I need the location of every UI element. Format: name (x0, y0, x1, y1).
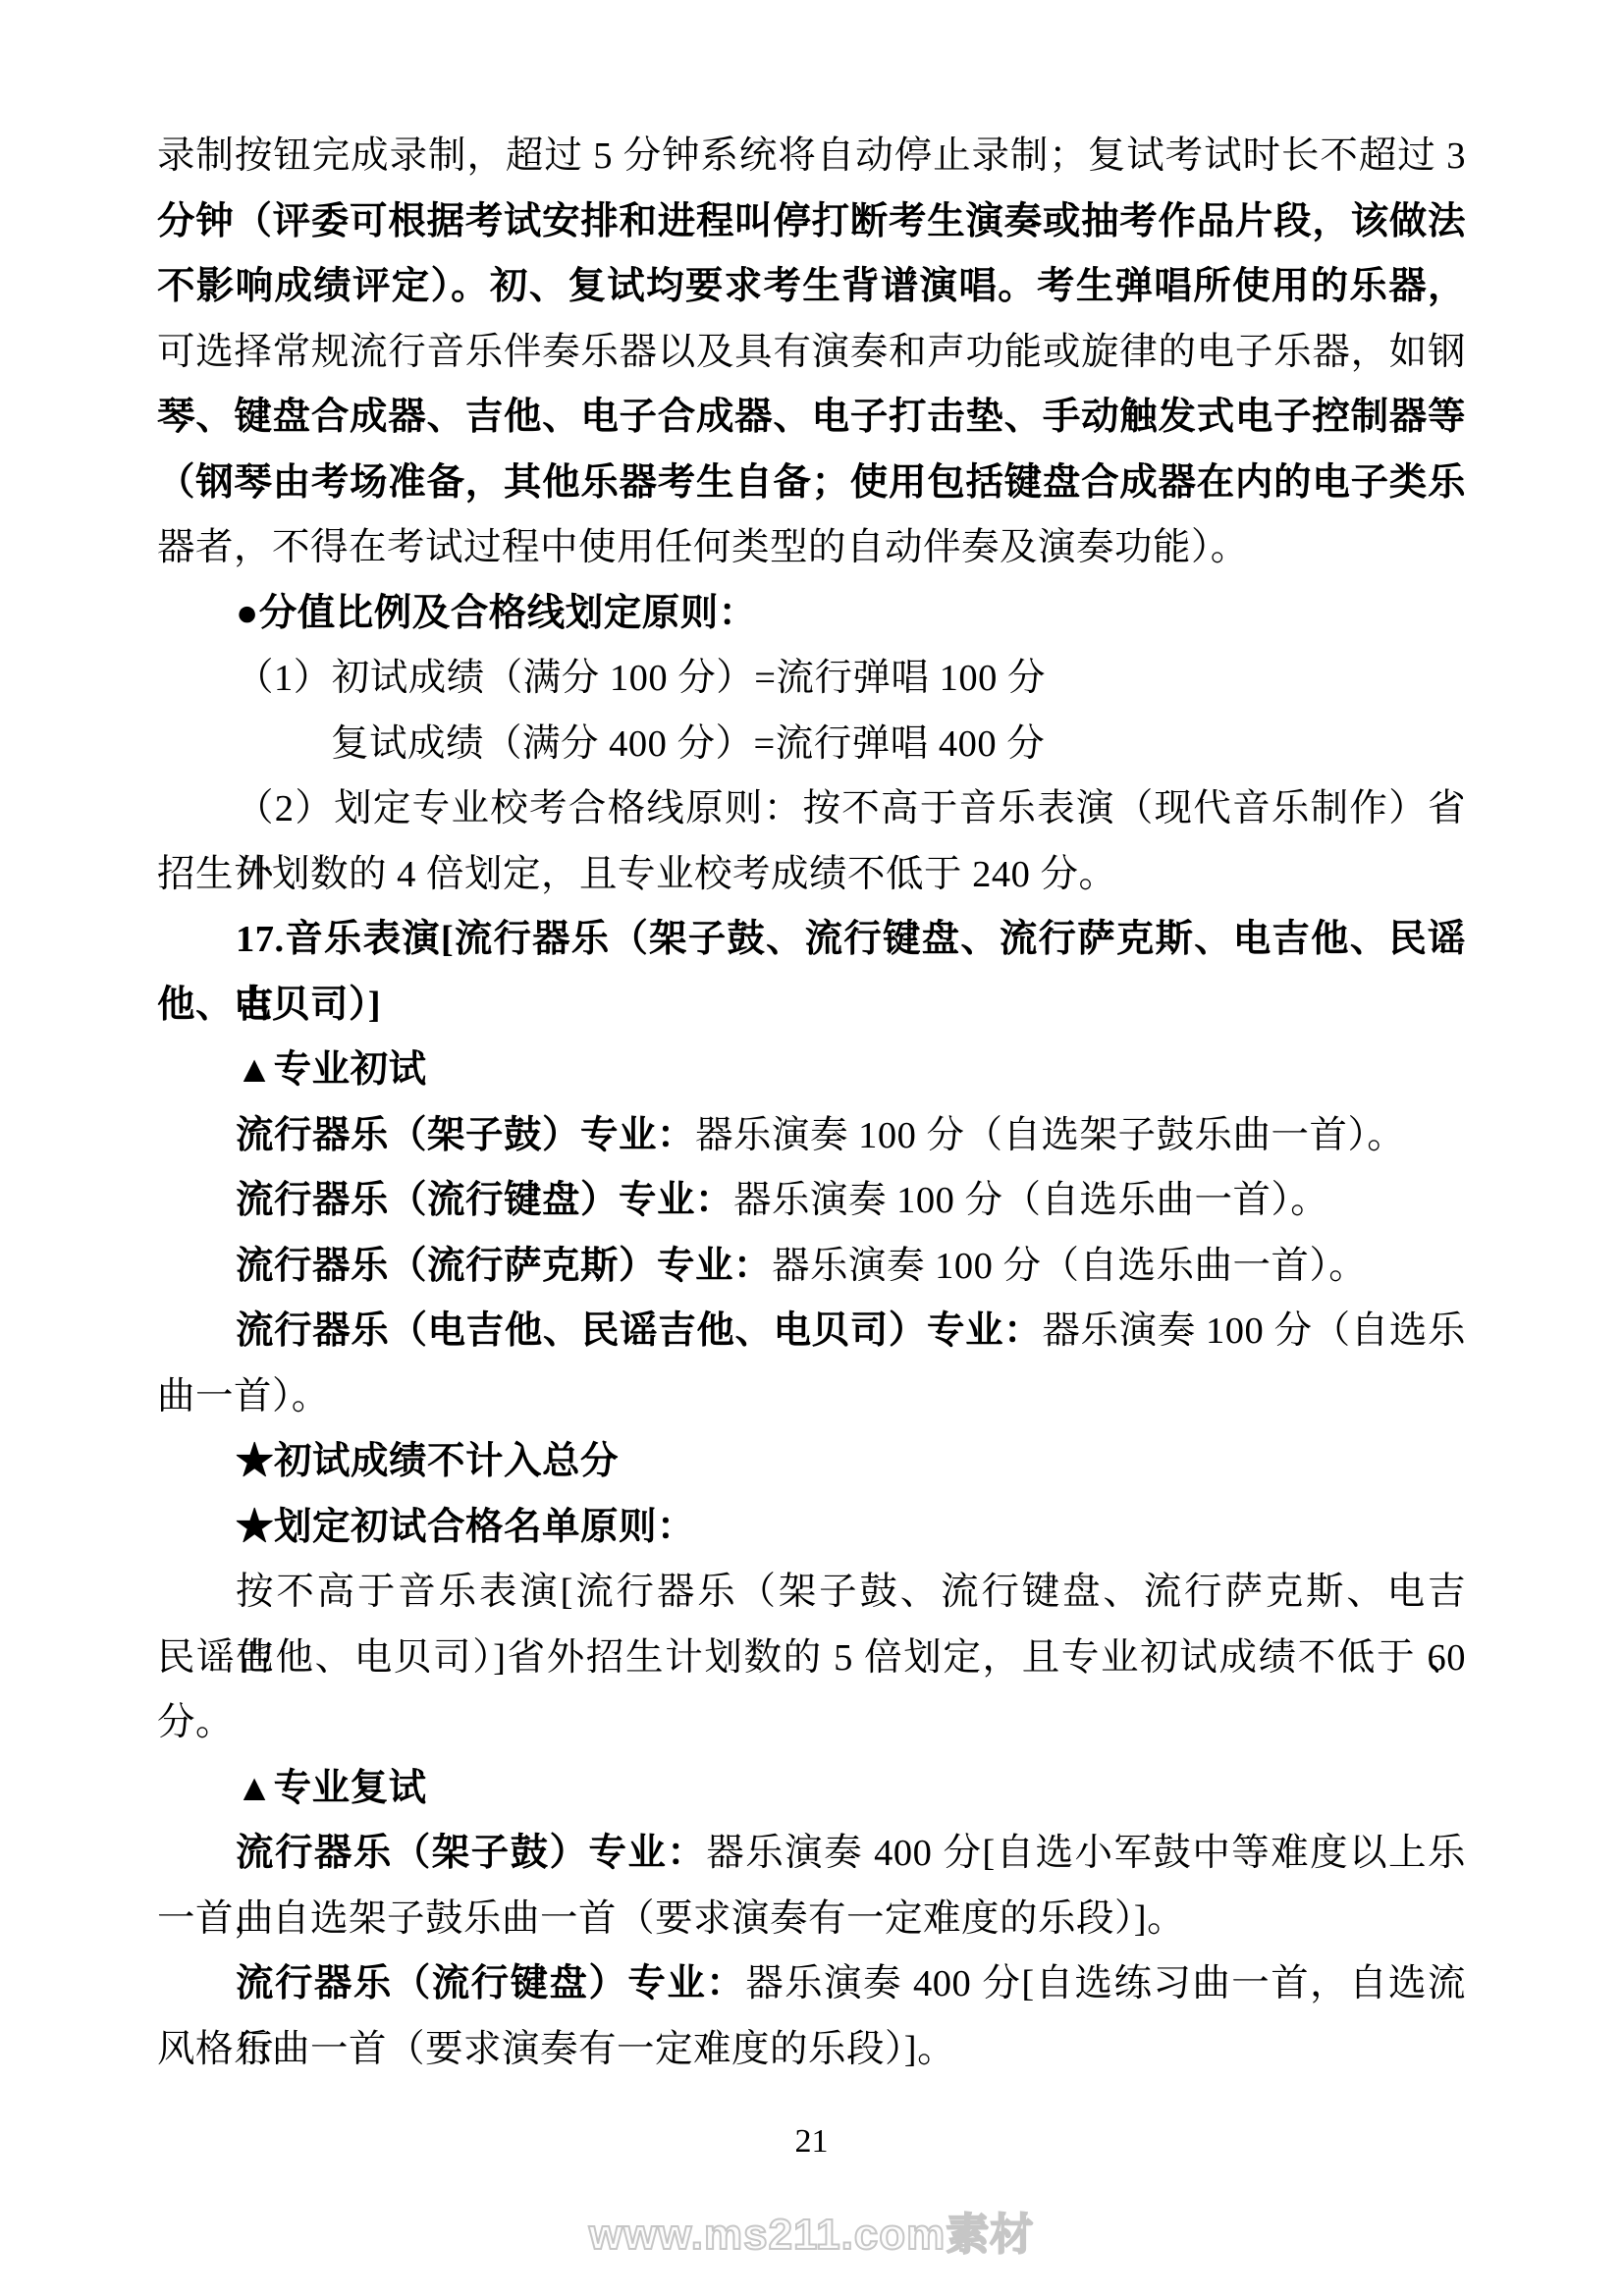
text-run: 流行器乐（架子鼓）专业： (236, 1115, 695, 1156)
text-line: ●分值比例及合格线划定原则： (157, 581, 1466, 647)
text-run: 器乐演奏 100 分（自选乐曲一首）。 (733, 1180, 1328, 1221)
text-run: 流行器乐（流行萨克斯）专业： (236, 1246, 772, 1287)
text-line: （钢琴由考场准备，其他乐器考生自备；使用包括键盘合成器在内的电子类乐 (157, 451, 1466, 516)
text-line: 器者，不得在考试过程中使用任何类型的自动伴奏及演奏功能）。 (157, 515, 1466, 581)
text-line: ▲专业初试 (157, 1038, 1466, 1103)
text-run: 录制按钮完成录制，超过 5 分钟系统将自动停止录制；复试考试时长不超过 3 (157, 135, 1466, 177)
text-run: 器者，不得在考试过程中使用任何类型的自动伴奏及演奏功能）。 (157, 527, 1249, 568)
watermark: www.ms211.com素材 (0, 2211, 1623, 2260)
text-line: 一首，自选架子鼓乐曲一首（要求演奏有一定难度的乐段）]。 (157, 1887, 1466, 1952)
text-run: 器乐演奏 100 分（自选架子鼓乐曲一首）。 (695, 1115, 1405, 1156)
text-line: 琴、键盘合成器、吉他、电子合成器、电子打击垫、手动触发式电子控制器等 (157, 385, 1466, 451)
text-line: 流行器乐（电吉他、民谣吉他、电贝司）专业：器乐演奏 100 分（自选乐 (157, 1299, 1466, 1364)
text-run: 曲一首）。 (157, 1376, 330, 1417)
text-line: 民谣吉他、电贝司）]省外招生计划数的 5 倍划定，且专业初试成绩不低于 60 (157, 1626, 1466, 1691)
text-line: 分。 (157, 1690, 1466, 1756)
text-line: （1）初试成绩（满分 100 分）=流行弹唱 100 分 (157, 646, 1466, 712)
text-run: 器乐演奏 100 分（自选乐曲一首）。 (772, 1246, 1367, 1287)
text-line: 录制按钮完成录制，超过 5 分钟系统将自动停止录制；复试考试时长不超过 3 (157, 124, 1466, 189)
text-line: 流行器乐（流行键盘）专业：器乐演奏 400 分[自选练习曲一首，自选流行 (157, 1951, 1466, 2017)
text-line: 流行器乐（架子鼓）专业：器乐演奏 400 分[自选小军鼓中等难度以上乐曲 (157, 1821, 1466, 1887)
text-line: 流行器乐（流行键盘）专业：器乐演奏 100 分（自选乐曲一首）。 (157, 1168, 1466, 1234)
text-run: ★初试成绩不计入总分 (236, 1441, 619, 1482)
text-run: 复试成绩（满分 400 分）=流行弹唱 400 分 (331, 723, 1045, 765)
text-line: ★初试成绩不计入总分 (157, 1429, 1466, 1495)
text-line: （2）划定专业校考合格线原则：按不高于音乐表演（现代音乐制作）省外 (157, 776, 1466, 842)
text-line: 17.音乐表演[流行器乐（架子鼓、流行键盘、流行萨克斯、电吉他、民谣吉 (157, 907, 1466, 973)
text-run: 流行器乐（流行键盘）专业： (236, 1180, 733, 1221)
text-run: 流行器乐（电吉他、民谣吉他、电贝司）专业： (236, 1310, 1042, 1352)
text-run: （1）初试成绩（满分 100 分）=流行弹唱 100 分 (236, 658, 1046, 699)
text-line: 他、电贝司）] (157, 973, 1466, 1039)
text-line: ▲专业复试 (157, 1756, 1466, 1822)
text-run: 风格乐曲一首（要求演奏有一定难度的乐段）]。 (157, 2029, 955, 2070)
page-number: 21 (0, 2120, 1623, 2163)
text-run: ▲专业复试 (236, 1768, 427, 1809)
text-line: 复试成绩（满分 400 分）=流行弹唱 400 分 (157, 712, 1466, 777)
text-run: 流行器乐（流行键盘）专业： (236, 1963, 745, 2004)
text-line: 可选择常规流行音乐伴奏乐器以及具有演奏和声功能或旋律的电子乐器，如钢 (157, 320, 1466, 386)
text-run: 不影响成绩评定）。初、复试均要求考生背谱演唱。考生弹唱所使用的乐器， (157, 266, 1466, 307)
text-run: 一首，自选架子鼓乐曲一首（要求演奏有一定难度的乐段）]。 (157, 1898, 1185, 1940)
text-run: 可选择常规流行音乐伴奏乐器以及具有演奏和声功能或旋律的电子乐器，如钢 (157, 332, 1466, 373)
text-run: 招生计划数的 4 倍划定，且专业校考成绩不低于 240 分。 (157, 854, 1117, 895)
text-line: 不影响成绩评定）。初、复试均要求考生背谱演唱。考生弹唱所使用的乐器， (157, 254, 1466, 320)
document-body: 录制按钮完成录制，超过 5 分钟系统将自动停止录制；复试考试时长不超过 3分钟（… (157, 124, 1466, 2082)
text-run: ★划定初试合格名单原则： (236, 1507, 695, 1548)
text-line: 曲一首）。 (157, 1364, 1466, 1430)
text-run: 分。 (157, 1702, 234, 1743)
text-run: （钢琴由考场准备，其他乐器考生自备；使用包括键盘合成器在内的电子类乐 (157, 462, 1466, 504)
text-run: 器乐演奏 100 分（自选乐 (1042, 1310, 1466, 1352)
text-run: 琴、键盘合成器、吉他、电子合成器、电子打击垫、手动触发式电子控制器等 (157, 397, 1466, 438)
text-line: 流行器乐（架子鼓）专业：器乐演奏 100 分（自选架子鼓乐曲一首）。 (157, 1103, 1466, 1169)
text-run: 他、电贝司）] (157, 985, 381, 1026)
text-line: 招生计划数的 4 倍划定，且专业校考成绩不低于 240 分。 (157, 842, 1466, 908)
document-page: 录制按钮完成录制，超过 5 分钟系统将自动停止录制；复试考试时长不超过 3分钟（… (0, 0, 1623, 2296)
text-run: ●分值比例及合格线划定原则： (236, 593, 757, 634)
text-run: ▲专业初试 (236, 1049, 427, 1091)
text-run: 分钟（评委可根据考试安排和进程叫停打断考生演奏或抽考作品片段，该做法 (157, 201, 1466, 242)
text-line: 流行器乐（流行萨克斯）专业：器乐演奏 100 分（自选乐曲一首）。 (157, 1234, 1466, 1300)
text-run: 流行器乐（架子鼓）专业： (236, 1833, 706, 1874)
text-line: 风格乐曲一首（要求演奏有一定难度的乐段）]。 (157, 2017, 1466, 2083)
text-line: ★划定初试合格名单原则： (157, 1495, 1466, 1561)
text-line: 分钟（评委可根据考试安排和进程叫停打断考生演奏或抽考作品片段，该做法 (157, 189, 1466, 255)
text-run: 民谣吉他、电贝司）]省外招生计划数的 5 倍划定，且专业初试成绩不低于 60 (157, 1637, 1466, 1679)
text-line: 按不高于音乐表演[流行器乐（架子鼓、流行键盘、流行萨克斯、电吉他、 (157, 1560, 1466, 1626)
